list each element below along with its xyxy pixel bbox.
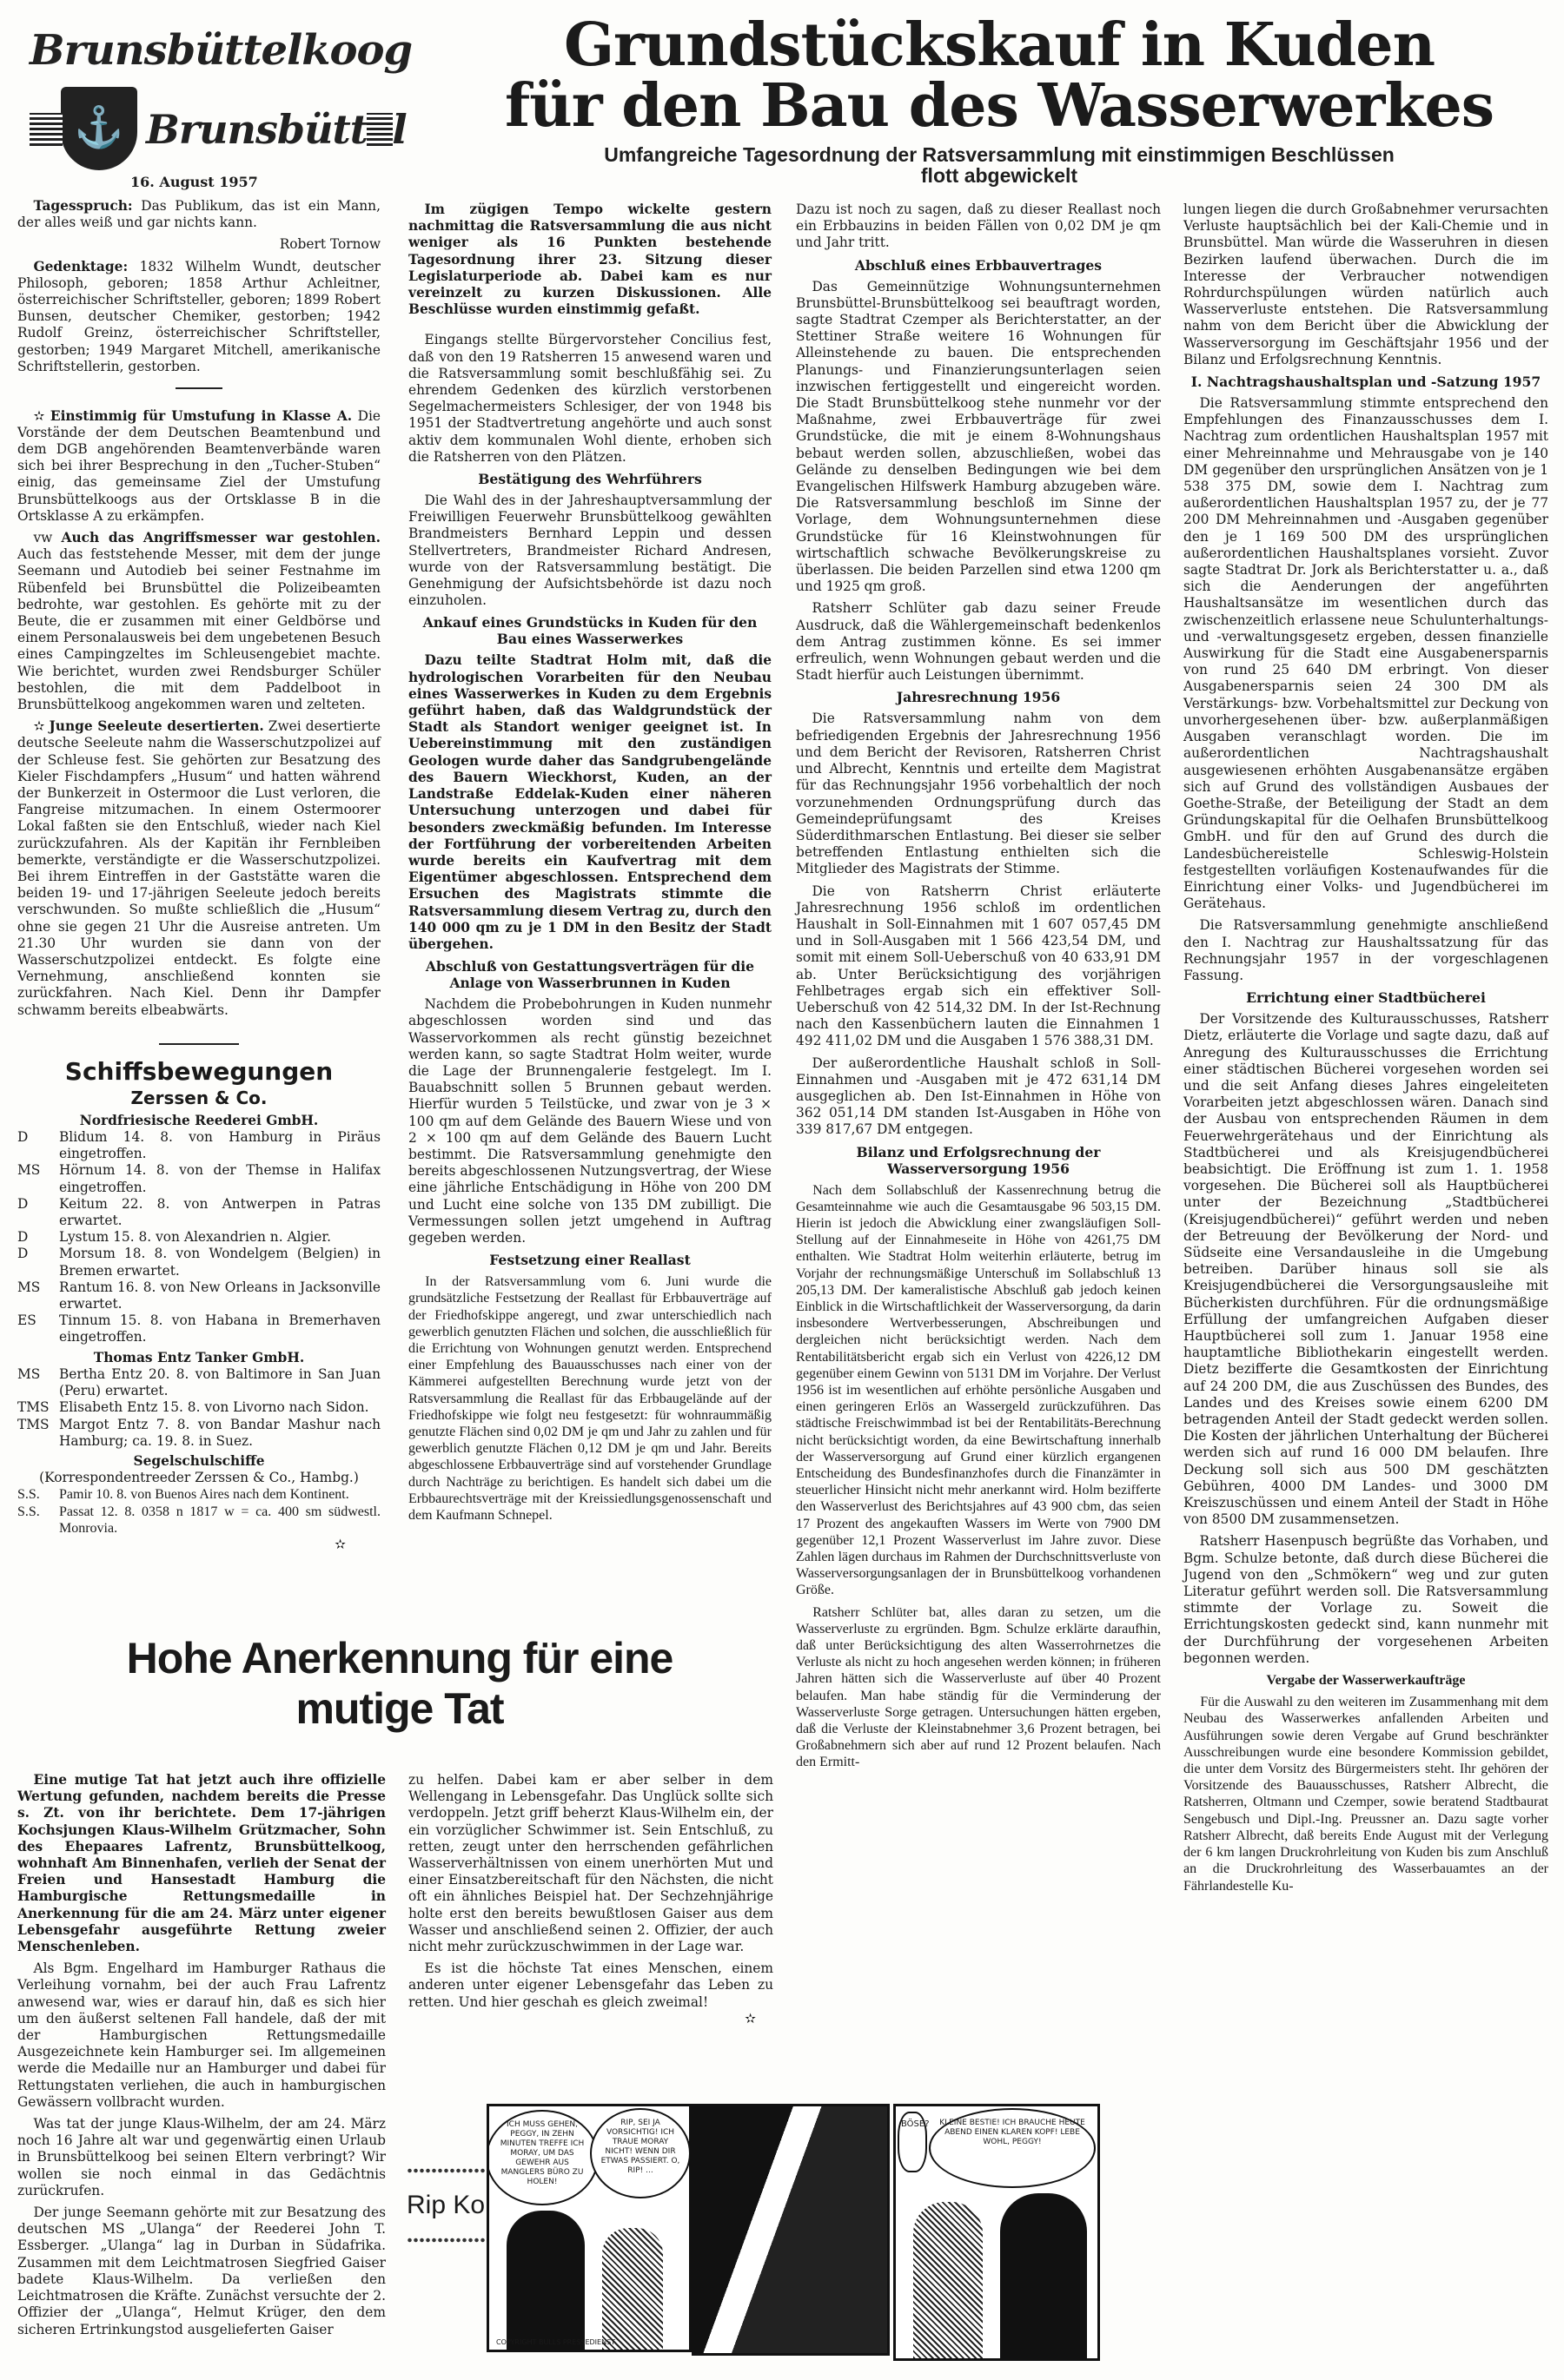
masthead: Brunsbüttelkoog ⚓ Brunsbüttel	[26, 26, 382, 191]
subheading: Ankauf eines Grundstücks in Kuden für de…	[408, 614, 772, 647]
speech-bubble: Böse?	[898, 2112, 927, 2172]
comic-title: Rip Korby	[407, 2188, 487, 2223]
paragraph: lungen liegen die durch Großabnehmer ver…	[1183, 202, 1548, 368]
ship-text: Pamir 10. 8. von Buenos Aires nach dem K…	[59, 1486, 381, 1503]
ship-entry: S.S.Passat 12. 8. 0358 n 1817 w = ca. 40…	[17, 1504, 381, 1537]
news-item: vw Auch das Angriffsmesser war gestohlen…	[17, 530, 381, 713]
ship-type: ES	[17, 1312, 59, 1345]
ship-entry: DKeitum 22. 8. von Antwerpen in Patras e…	[17, 1196, 381, 1229]
main-article-lead: Im zügigen Tempo wickelte gestern nachmi…	[408, 202, 772, 318]
ship-type: D	[17, 1129, 59, 1162]
shipping-note: (Korrespondentreeder Zerssen & Co., Hamb…	[17, 1470, 381, 1486]
paragraph: Ratsherr Schlüter gab dazu seiner Freude…	[796, 600, 1161, 684]
man-figure-illustration	[1000, 2193, 1087, 2358]
gedenktage-label: Gedenktage:	[33, 259, 128, 274]
subheading: Bilanz und Erfolgsrechnung der Wasserver…	[796, 1144, 1161, 1177]
tagesspruch-author: Robert Tornow	[17, 236, 381, 253]
ship-entry: TMSElisabeth Entz 15. 8. von Livorno nac…	[17, 1399, 381, 1416]
main-headline-line1: Grundstückskauf in Kuden	[452, 16, 1547, 75]
paragraph: Die Wahl des in der Jahreshauptversammlu…	[408, 493, 772, 609]
paragraph: Ratsherr Schlüter bat, alles daran zu se…	[796, 1604, 1161, 1771]
paragraph: Der Vorsitzende des Kulturausschusses, R…	[1183, 1011, 1548, 1528]
paragraph: Was tat der junge Klaus-Wilhelm, der am …	[17, 2116, 386, 2199]
news-item: ✫ Einstimmig für Umstufung in Klasse A. …	[17, 408, 381, 525]
subheading: Errichtung einer Stadtbücherei	[1183, 989, 1548, 1006]
coat-of-arms-icon: ⚓	[61, 87, 137, 170]
ship-text: Lystum 15. 8. von Alexandrien n. Algier.	[59, 1229, 381, 1246]
ship-entry: DBlidum 14. 8. von Hamburg in Piräus ein…	[17, 1129, 381, 1162]
ship-entry: MSHörnum 14. 8. von der Themse in Halifa…	[17, 1162, 381, 1195]
banner-left-icon	[30, 113, 63, 146]
star-icon: ✫	[408, 2011, 773, 2027]
comic-panel-2	[692, 2104, 890, 2356]
second-headline-line1: Hohe Anerkennung für eine	[26, 1633, 773, 1683]
woman-figure-illustration	[602, 2228, 663, 2350]
speech-bubble: Ich muss gehen, Peggy, in zehn Minuten t…	[487, 2110, 599, 2205]
speech-bubble: Kleine Bestie! Ich brauche heute Abend e…	[929, 2108, 1096, 2188]
ship-text: Tinnum 15. 8. von Habana in Bremerhaven …	[59, 1312, 381, 1345]
paragraph: Die Ratsversammlung genehmigte anschließ…	[1183, 917, 1548, 984]
news-item-kicker: Junge Seeleute desertierten.	[49, 718, 263, 734]
subheading: Festsetzung einer Reallast	[408, 1252, 772, 1268]
paragraph: Das Gemeinnützige Wohnungsunternehmen Br…	[796, 279, 1161, 596]
main-deck-line2: flott abgewickelt	[452, 165, 1547, 186]
subheading: Abschluß eines Erbbauvertrages	[796, 257, 1161, 274]
ship-text: Bertha Entz 20. 8. von Baltimore in San …	[59, 1366, 381, 1399]
news-item-kicker: Auch das Angriffsmesser war gestohlen.	[62, 530, 381, 545]
shipping-agency: Zerssen & Co.	[17, 1087, 381, 1109]
woman-figure-illustration	[913, 2202, 983, 2358]
paragraph: Für die Auswahl zu den weiteren im Zusam…	[1183, 1694, 1548, 1894]
subheading: Jahresrechnung 1956	[796, 689, 1161, 705]
ship-type: D	[17, 1196, 59, 1229]
star-icon: ✫	[17, 1537, 381, 1553]
subheading: Bestätigung des Wehrführers	[408, 471, 772, 487]
paragraph: zu helfen. Dabei kam er aber selber in d…	[408, 1772, 773, 1955]
main-article-column-2: Dazu ist noch zu sagen, daß zu dieser Re…	[796, 202, 1161, 1771]
paragraph-bold: Dazu teilte Stadtrat Holm mit, daß die h…	[408, 652, 772, 953]
man-figure-illustration	[507, 2211, 585, 2350]
shipping-section: Schiffsbewegungen Zerssen & Co. Nordfrie…	[17, 1057, 381, 1553]
second-article-lead: Eine mutige Tat hat jetzt auch ihre offi…	[17, 1772, 386, 1955]
gedenktage-text: 1832 Wilhelm Wundt, deutscher Philosoph,…	[17, 259, 381, 374]
speech-bubble: Rip, sei ja vorsichtig! Ich traue Moray …	[590, 2108, 691, 2198]
paragraph: Der außerordentliche Haushalt schloß in …	[796, 1055, 1161, 1139]
ship-type: TMS	[17, 1417, 59, 1450]
ship-text: Morsum 18. 8. von Wondelgem (Belgien) in…	[59, 1246, 381, 1279]
issue-date: 16. August 1957	[130, 174, 258, 190]
second-headline-line2: mutige Tat	[26, 1683, 773, 1734]
paragraph: Es ist die höchste Tat eines Menschen, e…	[408, 1960, 773, 2011]
ship-text: Margot Entz 7. 8. von Bandar Mashur nach…	[59, 1417, 381, 1450]
anchor-icon: ⚓	[74, 103, 123, 150]
author-initials: vw	[33, 530, 52, 545]
comic-copyright: COPYRIGHT BULLS PRESSEDIENST	[496, 2338, 615, 2346]
ship-entry: MSRantum 16. 8. von New Orleans in Jacks…	[17, 1279, 381, 1312]
divider	[176, 387, 222, 389]
ship-text: Keitum 22. 8. von Antwerpen in Patras er…	[59, 1196, 381, 1229]
second-article-column-2: zu helfen. Dabei kam er aber selber in d…	[408, 1772, 773, 2027]
star-icon: ✫	[33, 408, 44, 424]
comic-title-block: Rip Korby	[407, 2167, 487, 2244]
decorative-border	[407, 2237, 487, 2244]
ship-entry: MSBertha Entz 20. 8. von Baltimore in Sa…	[17, 1366, 381, 1399]
ship-entry: DMorsum 18. 8. von Wondelgem (Belgien) i…	[17, 1246, 381, 1279]
shipping-title: Schiffsbewegungen	[17, 1057, 381, 1087]
ship-entry: TMSMargot Entz 7. 8. von Bandar Mashur n…	[17, 1417, 381, 1450]
ship-type: D	[17, 1229, 59, 1246]
paragraph: Der junge Seemann gehörte mit zur Besatz…	[17, 2205, 386, 2338]
ship-text: Passat 12. 8. 0358 n 1817 w = ca. 400 sm…	[59, 1504, 381, 1537]
paragraph: Die Ratsversammlung stimmte entsprechend…	[1183, 395, 1548, 912]
shipping-company: Thomas Entz Tanker GmbH.	[17, 1350, 381, 1366]
comic-panel-3: Böse? Kleine Bestie! Ich brauche heute A…	[893, 2104, 1100, 2361]
banner-right-icon	[367, 113, 393, 146]
ship-entry: ESTinnum 15. 8. von Habana in Bremerhave…	[17, 1312, 381, 1345]
paragraph: Als Bgm. Engelhard im Hamburger Rathaus …	[17, 1960, 386, 2111]
paragraph: Nach dem Sollabschluß der Kassenrechnung…	[796, 1182, 1161, 1599]
main-headline-line2: für den Bau des Wasserwerkes	[452, 76, 1547, 136]
decorative-border	[407, 2167, 487, 2174]
news-item: ✫ Junge Seeleute desertierten. Zwei dese…	[17, 718, 381, 1019]
divider	[159, 1043, 239, 1045]
subheading: I. Nachtragshaushaltsplan und -Satzung 1…	[1183, 374, 1548, 390]
paragraph: Die von Ratsherrn Christ erläuterte Jahr…	[796, 883, 1161, 1050]
main-headline: Grundstückskauf in Kuden für den Bau des…	[452, 16, 1547, 186]
shipping-company: Nordfriesische Reederei GmbH.	[17, 1113, 381, 1129]
embrace-illustration	[694, 2106, 887, 2353]
news-item-kicker: Einstimmig für Umstufung in Klasse A.	[50, 408, 352, 424]
comic-panel-1: Ich muss gehen, Peggy, in zehn Minuten t…	[487, 2104, 692, 2352]
anchor-star-icon: ✫	[33, 718, 44, 734]
second-article-column-1: Eine mutige Tat hat jetzt auch ihre offi…	[17, 1772, 386, 2338]
ship-type: D	[17, 1246, 59, 1279]
paragraph: Die Ratsversammlung nahm von dem befried…	[796, 711, 1161, 877]
news-item-text: Zwei desertierte deutsche Seeleute nahm …	[17, 718, 381, 1017]
second-article-headline: Hohe Anerkennung für eine mutige Tat	[26, 1633, 773, 1734]
main-article-column-1: Im zügigen Tempo wickelte gestern nachmi…	[408, 202, 772, 1524]
ship-type: MS	[17, 1279, 59, 1312]
ship-type: MS	[17, 1366, 59, 1399]
masthead-title-line1: Brunsbüttelkoog	[30, 26, 412, 75]
ship-type: TMS	[17, 1399, 59, 1416]
ship-type: MS	[17, 1162, 59, 1195]
paragraph: Eingangs stellte Bürgervorsteher Concili…	[408, 332, 772, 466]
tagesspruch-label: Tagesspruch:	[33, 198, 132, 214]
paragraph: In der Ratsversammlung vom 6. Juni wurde…	[408, 1273, 772, 1524]
ship-text: Hörnum 14. 8. von der Themse in Halifax …	[59, 1162, 381, 1195]
ship-type: S.S.	[17, 1486, 59, 1503]
ship-text: Elisabeth Entz 15. 8. von Livorno nach S…	[59, 1399, 381, 1416]
shipping-company: Segelschulschiffe	[17, 1453, 381, 1470]
ship-text: Blidum 14. 8. von Hamburg in Piräus eing…	[59, 1129, 381, 1162]
ship-type: S.S.	[17, 1504, 59, 1537]
ship-entry: DLystum 15. 8. von Alexandrien n. Algier…	[17, 1229, 381, 1246]
paragraph: Ratsherr Hasenpusch begrüßte das Vorhabe…	[1183, 1533, 1548, 1667]
main-deck-line1: Umfangreiche Tagesordnung der Ratsversam…	[452, 144, 1547, 165]
left-column: Tagesspruch: Das Publikum, das ist ein M…	[17, 198, 381, 1553]
subheading: Vergabe der Wasserwerkaufträge	[1183, 1672, 1548, 1689]
paragraph: Nachdem die Probebohrungen in Kuden nunm…	[408, 996, 772, 1246]
paragraph: Dazu ist noch zu sagen, daß zu dieser Re…	[796, 202, 1161, 252]
subheading: Abschluß von Gestattungsverträgen für di…	[408, 958, 772, 991]
ship-text: Rantum 16. 8. von New Orleans in Jackson…	[59, 1279, 381, 1312]
ship-entry: S.S.Pamir 10. 8. von Buenos Aires nach d…	[17, 1486, 381, 1503]
news-item-text: Die Vorstände der dem Deutschen Beamtenb…	[17, 408, 381, 524]
main-article-column-3: lungen liegen die durch Großabnehmer ver…	[1183, 202, 1548, 1894]
news-item-text: Auch das feststehende Messer, mit dem de…	[17, 546, 381, 712]
